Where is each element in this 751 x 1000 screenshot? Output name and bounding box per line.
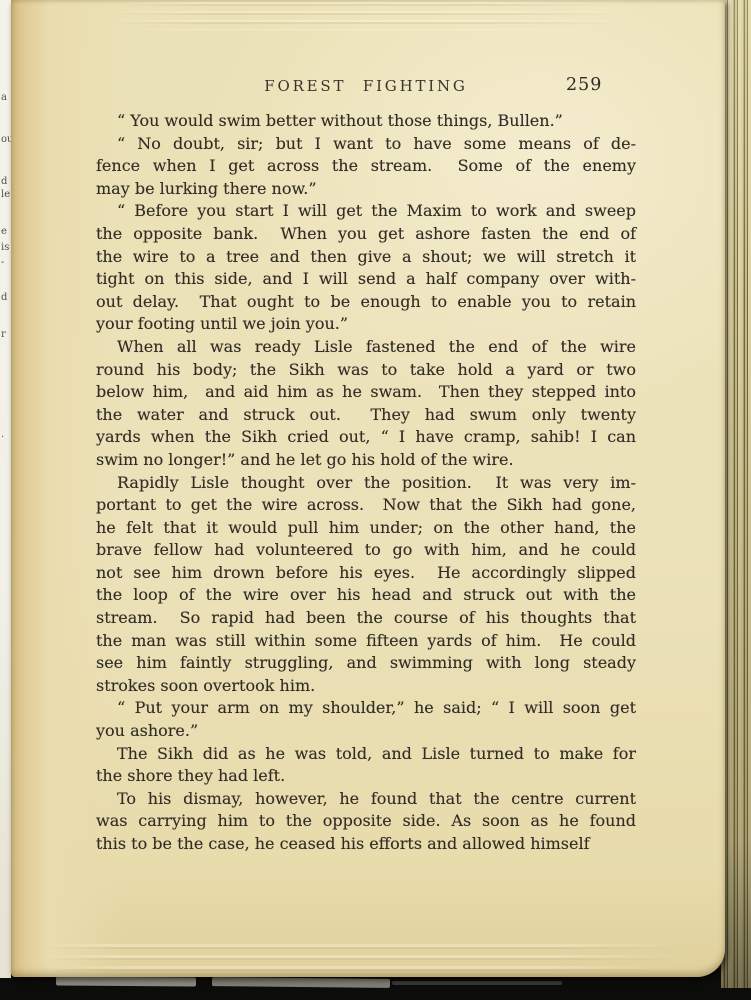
- facing-page-text-fragment: d: [1, 293, 7, 303]
- text-line: “ You would swim better without those th…: [96, 110, 636, 133]
- running-title: FOREST FIGHTING: [96, 77, 636, 95]
- text-line: the shore they had left.: [96, 765, 636, 788]
- text-line: your footing until we join you.”: [96, 313, 636, 336]
- paragraph: “ No doubt, sir; but I want to have some…: [96, 133, 636, 201]
- text-line: “ Before you start I will get the Maxim …: [96, 200, 636, 223]
- text-line: he felt that it would pull him under; on…: [96, 517, 636, 540]
- book-board-edge: [212, 977, 390, 988]
- text-line: not see him drown before his eyes. He ac…: [96, 562, 636, 585]
- text-line: The Sikh did as he was told, and Lisle t…: [96, 743, 636, 766]
- page-number: 259: [566, 75, 610, 95]
- text-line: the man was still within some fifteen ya…: [96, 630, 636, 653]
- text-line: see him faintly struggling, and swimming…: [96, 652, 636, 675]
- text-line: To his dismay, however, he found that th…: [96, 788, 636, 811]
- text-block: “ You would swim better without those th…: [96, 110, 636, 856]
- text-line: When all was ready Lisle fastened the en…: [96, 336, 636, 359]
- facing-page-text-fragment: -: [1, 258, 4, 268]
- text-line: this to be the case, he ceased his effor…: [96, 833, 636, 856]
- paragraph: The Sikh did as he was told, and Lisle t…: [96, 743, 636, 788]
- paragraph: “ You would swim better without those th…: [96, 110, 636, 133]
- paragraph: Rapidly Lisle thought over the position.…: [96, 472, 636, 698]
- text-line: “ No doubt, sir; but I want to have some…: [96, 133, 636, 156]
- bottom-page-edges: [41, 944, 681, 974]
- facing-page-text-fragment: is: [1, 243, 9, 253]
- facing-page-text-fragment: .: [1, 430, 4, 440]
- text-line: below him, and aid him as he swam. Then …: [96, 381, 636, 404]
- paragraph: When all was ready Lisle fastened the en…: [96, 336, 636, 472]
- top-page-edges: [111, 2, 631, 30]
- text-line: tight on this side, and I will send a ha…: [96, 268, 636, 291]
- text-line: may be lurking there now.”: [96, 178, 636, 201]
- text-line: the wire to a tree and then give a shout…: [96, 246, 636, 269]
- book-photo: aoudleeis-dr. FOREST FIGHTING 259 “ You …: [0, 0, 751, 1000]
- text-line: brave fellow had volunteered to go with …: [96, 539, 636, 562]
- paragraph: “ Put your arm on my shoulder,” he said;…: [96, 697, 636, 742]
- paragraph: “ Before you start I will get the Maxim …: [96, 200, 636, 336]
- facing-page-sliver: aoudleeis-dr.: [0, 0, 11, 978]
- text-line: round his body; the Sikh was to take hol…: [96, 359, 636, 382]
- fore-edge-pages: [721, 0, 751, 988]
- text-line: fence when I get across the stream. Some…: [96, 155, 636, 178]
- text-line: was carrying him to the opposite side. A…: [96, 810, 636, 833]
- book-board-edge: [56, 977, 196, 987]
- text-line: portant to get the wire across. Now that…: [96, 494, 636, 517]
- text-line: out delay. That ought to be enough to en…: [96, 291, 636, 314]
- facing-page-text-fragment: le: [1, 190, 10, 200]
- text-line: the opposite bank. When you get ashore f…: [96, 223, 636, 246]
- text-line: “ Put your arm on my shoulder,” he said;…: [96, 697, 636, 720]
- text-line: swim no longer!” and he let go his hold …: [96, 449, 636, 472]
- text-line: you ashore.”: [96, 720, 636, 743]
- text-line: strokes soon overtook him.: [96, 675, 636, 698]
- facing-page-text-fragment: a: [1, 93, 7, 103]
- facing-page-text-fragment: r: [1, 330, 6, 340]
- facing-page-text-fragment: d: [1, 177, 7, 187]
- paragraph: To his dismay, however, he found that th…: [96, 788, 636, 856]
- text-line: the loop of the wire over his head and s…: [96, 584, 636, 607]
- text-line: stream. So rapid had been the course of …: [96, 607, 636, 630]
- book-board-edge: [392, 981, 562, 985]
- text-line: the water and struck out. They had swum …: [96, 404, 636, 427]
- facing-page-text-fragment: e: [1, 227, 7, 237]
- text-line: Rapidly Lisle thought over the position.…: [96, 472, 636, 495]
- text-line: yards when the Sikh cried out, “ I have …: [96, 426, 636, 449]
